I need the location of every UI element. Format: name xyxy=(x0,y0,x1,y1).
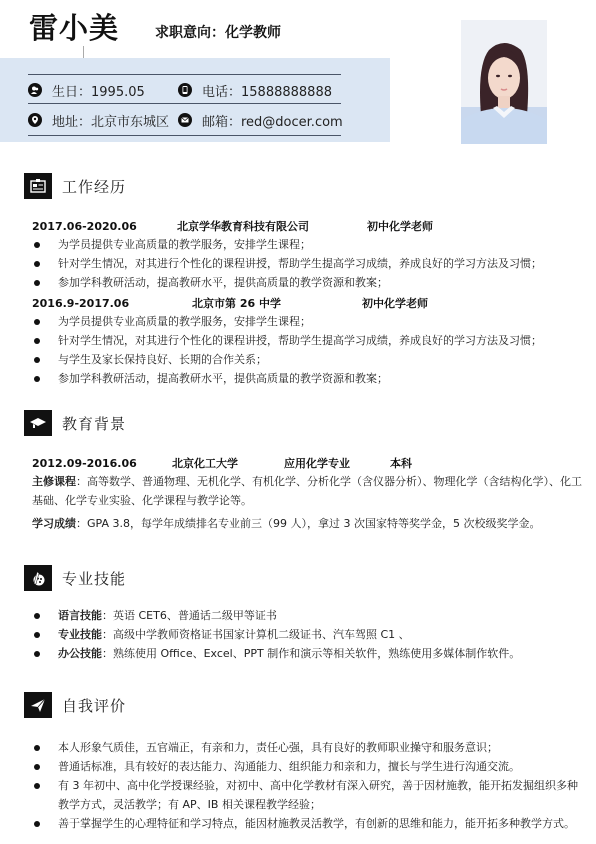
list-item: 专业技能：高级中学教师资格证书国家计算机二级证书、汽车驾照 C1 、 xyxy=(32,625,586,644)
edu-school: 北京化工大学 xyxy=(172,455,284,471)
list-item: 本人形象气质佳，五官端正，有亲和力，责任心强，具有良好的教师职业操守和服务意识； xyxy=(32,738,586,757)
divider xyxy=(28,135,341,136)
section-title: 专业技能 xyxy=(62,568,126,589)
section-title: 教育背景 xyxy=(62,413,126,434)
list-item: 语言技能：英语 CET6、普通话二级甲等证书 xyxy=(32,606,586,625)
contact-row-2: 地址：北京市东城区 邮箱：red@docer.com xyxy=(28,109,343,131)
job-role: 初中化学老师 xyxy=(362,295,428,311)
list-item: 与学生及家长保持良好、长期的合作关系； xyxy=(32,350,586,369)
section-header-education: 教育背景 xyxy=(24,410,126,436)
list-item: 有 3 年初中、高中化学授课经验，对初中、高中化学教材有深入研究，善于因材施教，… xyxy=(32,776,586,814)
graduation-cap-icon xyxy=(24,410,52,436)
self-eval-list: 本人形象气质佳，五官端正，有亲和力，责任心强，具有良好的教师职业操守和服务意识；… xyxy=(32,738,586,833)
location-pin-icon xyxy=(28,113,42,127)
section-header-self-eval: 自我评价 xyxy=(24,692,126,718)
list-item: 为学员提供专业高质量的教学服务，安排学生课程； xyxy=(32,235,586,254)
divider xyxy=(83,46,84,58)
user-icon xyxy=(28,83,42,97)
edu-degree: 本科 xyxy=(390,455,412,471)
id-card-icon xyxy=(24,173,52,199)
paper-plane-icon xyxy=(24,692,52,718)
section-header-work: 工作经历 xyxy=(24,173,126,199)
phone-text: 电话：15888888888 xyxy=(202,81,332,100)
skills-list: 语言技能：英语 CET6、普通话二级甲等证书 专业技能：高级中学教师资格证书国家… xyxy=(32,606,586,663)
address-item: 地址：北京市东城区 xyxy=(28,111,178,130)
job-entry-2: 2016.9-2017.06 北京市第 26 中学 初中化学老师 为学员提供专业… xyxy=(32,294,586,388)
address-text: 地址：北京市东城区 xyxy=(52,111,169,130)
phone-icon xyxy=(178,83,192,97)
mail-icon xyxy=(178,113,192,127)
job-org: 北京学华教育科技有限公司 xyxy=(177,218,367,234)
job-intent: 求职意向：化学教师 xyxy=(155,23,281,43)
section-title: 工作经历 xyxy=(62,176,126,197)
job-org: 北京市第 26 中学 xyxy=(192,295,362,311)
birthday-text: 生日：1995.05 xyxy=(52,81,145,100)
phone-item: 电话：15888888888 xyxy=(178,81,332,100)
list-item: 为学员提供专业高质量的教学服务，安排学生课程； xyxy=(32,312,586,331)
list-item: 善于掌握学生的心理特征和学习特点，能因材施教灵活教学，有创新的思维和能力，能开拓… xyxy=(32,814,586,833)
section-title: 自我评价 xyxy=(62,695,126,716)
job-date: 2017.06-2020.06 xyxy=(32,220,177,233)
job-role: 初中化学老师 xyxy=(367,218,433,234)
divider xyxy=(28,74,341,75)
list-item: 办公技能：熟练使用 Office、Excel、PPT 制作和演示等相关软件，熟练… xyxy=(32,644,586,663)
edu-date: 2012.09-2016.06 xyxy=(32,457,172,470)
candidate-name: 雷小美 xyxy=(29,8,119,48)
list-item: 参加学科教研活动，提高教研水平，提供高质量的教学资源和教案； xyxy=(32,273,586,292)
list-item: 普通话标准，具有较好的表达能力、沟通能力、组织能力和亲和力，擅长与学生进行沟通交… xyxy=(32,757,586,776)
section-header-skills: 专业技能 xyxy=(24,565,126,591)
list-item: 针对学生情况，对其进行个性化的课程讲授，帮助学生提高学习成绩，养成良好的学习方法… xyxy=(32,331,586,350)
list-item: 针对学生情况，对其进行个性化的课程讲授，帮助学生提高学习成绩，养成良好的学习方法… xyxy=(32,254,586,273)
profile-photo xyxy=(461,20,547,144)
birthday-item: 生日：1995.05 xyxy=(28,81,178,100)
contact-row-1: 生日：1995.05 电话：15888888888 xyxy=(28,79,332,101)
job-date: 2016.9-2017.06 xyxy=(32,297,192,310)
divider xyxy=(28,103,341,104)
edu-grades: 学习成绩：GPA 3.8，每学年成绩排名专业前三（99 人），拿过 3 次国家特… xyxy=(32,514,586,533)
email-text: 邮箱：red@docer.com xyxy=(202,111,343,130)
edu-courses: 主修课程：高等数学、普通物理、无机化学、有机化学、分析化学（含仪器分析）、物理化… xyxy=(32,472,586,510)
palette-icon xyxy=(24,565,52,591)
list-item: 参加学科教研活动，提高教研水平，提供高质量的教学资源和教案； xyxy=(32,369,586,388)
education-entry: 2012.09-2016.06 北京化工大学 应用化学专业 本科 主修课程：高等… xyxy=(32,454,586,533)
job-entry-1: 2017.06-2020.06 北京学华教育科技有限公司 初中化学老师 为学员提… xyxy=(32,217,586,292)
email-item: 邮箱：red@docer.com xyxy=(178,111,343,130)
edu-major: 应用化学专业 xyxy=(284,455,390,471)
